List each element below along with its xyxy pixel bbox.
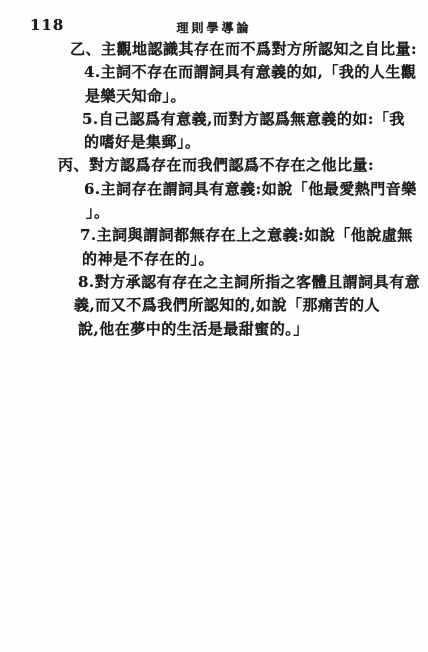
text-line: 7.主詞與謂詞都無存在上之意義:如說「他說虛無: [0, 224, 428, 247]
text-line: 5.自己認爲有意義,而對方認爲無意義的如:「我: [0, 108, 428, 131]
text-line: 丙、對方認爲存在而我們認爲不存在之他比量:: [0, 154, 428, 177]
text-line: 乙、主觀地認識其存在而不爲對方所認知之自比量:: [0, 38, 428, 61]
text-line: 8.對方承認有存在之主詞所指之客體且謂詞具有意: [0, 271, 428, 294]
text-line: 6.主詞存在謂詞具有意義:如說「他最愛熱門音樂: [0, 178, 428, 201]
text-line: 4.主詞不存在而謂詞具有意義的如,「我的人生觀: [0, 61, 428, 84]
text-line: 的嗜好是集郵」。: [0, 131, 428, 154]
text-line: 說,他在夢中的生活是最甜蜜的。」: [0, 318, 428, 341]
text-line: 」。: [0, 201, 428, 224]
scanned-book-page: 118 理則學導論 乙、主觀地認識其存在而不爲對方所認知之自比量:4.主詞不存在…: [0, 0, 428, 652]
text-line: 是樂天知命」。: [0, 85, 428, 108]
body-text: 乙、主觀地認識其存在而不爲對方所認知之自比量:4.主詞不存在而謂詞具有意義的如,…: [0, 38, 428, 341]
running-title: 理則學導論: [0, 19, 428, 36]
text-line: 義,而又不爲我們所認知的,如說「那痛苦的人: [0, 294, 428, 317]
text-line: 的神是不存在的」。: [0, 248, 428, 271]
